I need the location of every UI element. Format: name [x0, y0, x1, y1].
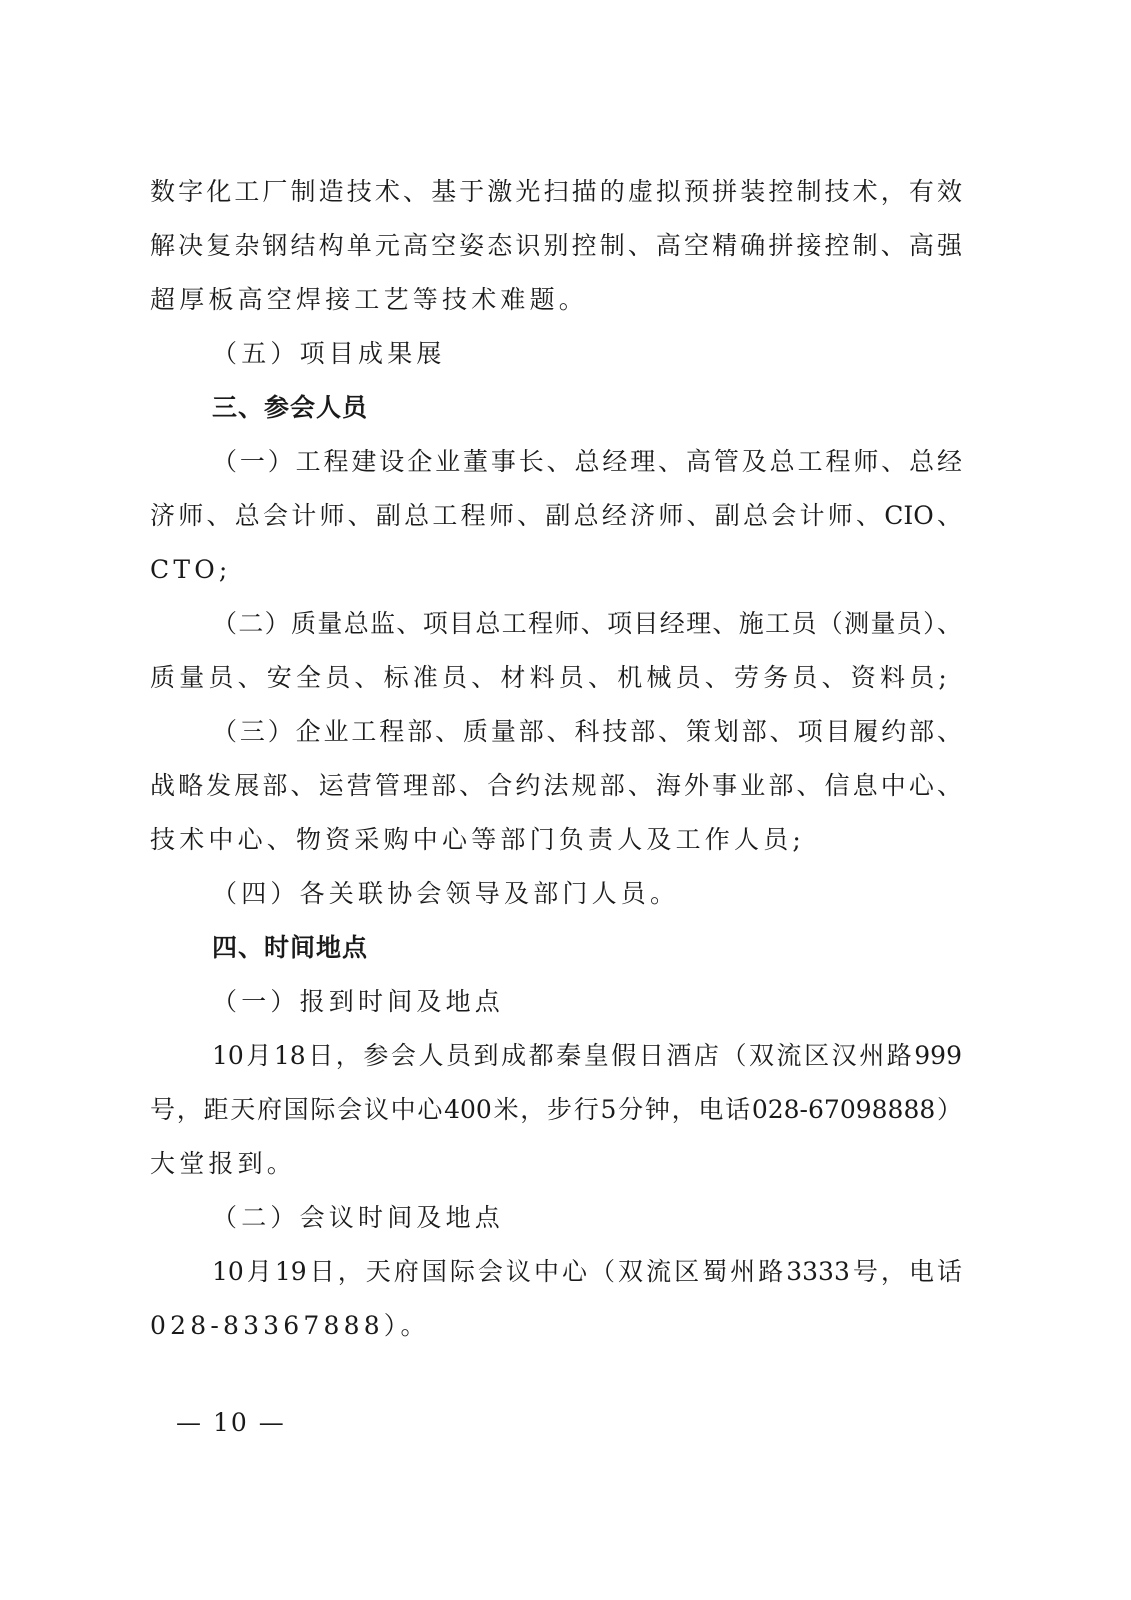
body-text-line: 028-83367888）。	[150, 1311, 962, 1341]
section-heading: 四、时间地点	[212, 933, 962, 963]
body-text-line: （四）各关联协会领导及部门人员。	[212, 879, 962, 909]
body-text-line: （一）工程建设企业董事长、总经理、高管及总工程师、总经	[212, 447, 962, 477]
body-text-line: 济师、总会计师、副总工程师、副总经济师、副总会计师、CIO、	[150, 501, 962, 531]
body-text-line: 超厚板高空焊接工艺等技术难题。	[150, 285, 962, 315]
body-text-line: 战略发展部、运营管理部、合约法规部、海外事业部、信息中心、	[150, 771, 962, 801]
body-text-line: 技术中心、物资采购中心等部门负责人及工作人员;	[150, 825, 962, 855]
section-heading: 三、参会人员	[212, 393, 962, 423]
body-text-line: CTO;	[150, 555, 962, 585]
body-text-line: （二）质量总监、项目总工程师、项目经理、施工员（测量员）、	[212, 609, 962, 639]
body-text-line: 大堂报到。	[150, 1149, 962, 1179]
body-text-line: 数字化工厂制造技术、基于激光扫描的虚拟预拼装控制技术，有效	[150, 177, 962, 207]
body-text-line: 质量员、安全员、标准员、材料员、机械员、劳务员、资料员;	[150, 663, 962, 693]
body-text-line: 10月19日，天府国际会议中心（双流区蜀州路3333号，电话	[212, 1257, 962, 1287]
body-text-line: 号，距天府国际会议中心400米，步行5分钟，电话028-67098888）	[150, 1095, 962, 1125]
subsection-heading: （二）会议时间及地点	[212, 1203, 962, 1233]
page-number: — 10 —	[176, 1408, 286, 1438]
subsection-heading: （一）报到时间及地点	[212, 987, 962, 1017]
body-text-line: 10月18日，参会人员到成都秦皇假日酒店（双流区汉州路999	[212, 1041, 962, 1071]
body-text-line: 解决复杂钢结构单元高空姿态识别控制、高空精确拼接控制、高强	[150, 231, 962, 261]
body-text-line: （三）企业工程部、质量部、科技部、策划部、项目履约部、	[212, 717, 962, 747]
subsection-heading: （五）项目成果展	[212, 339, 962, 369]
